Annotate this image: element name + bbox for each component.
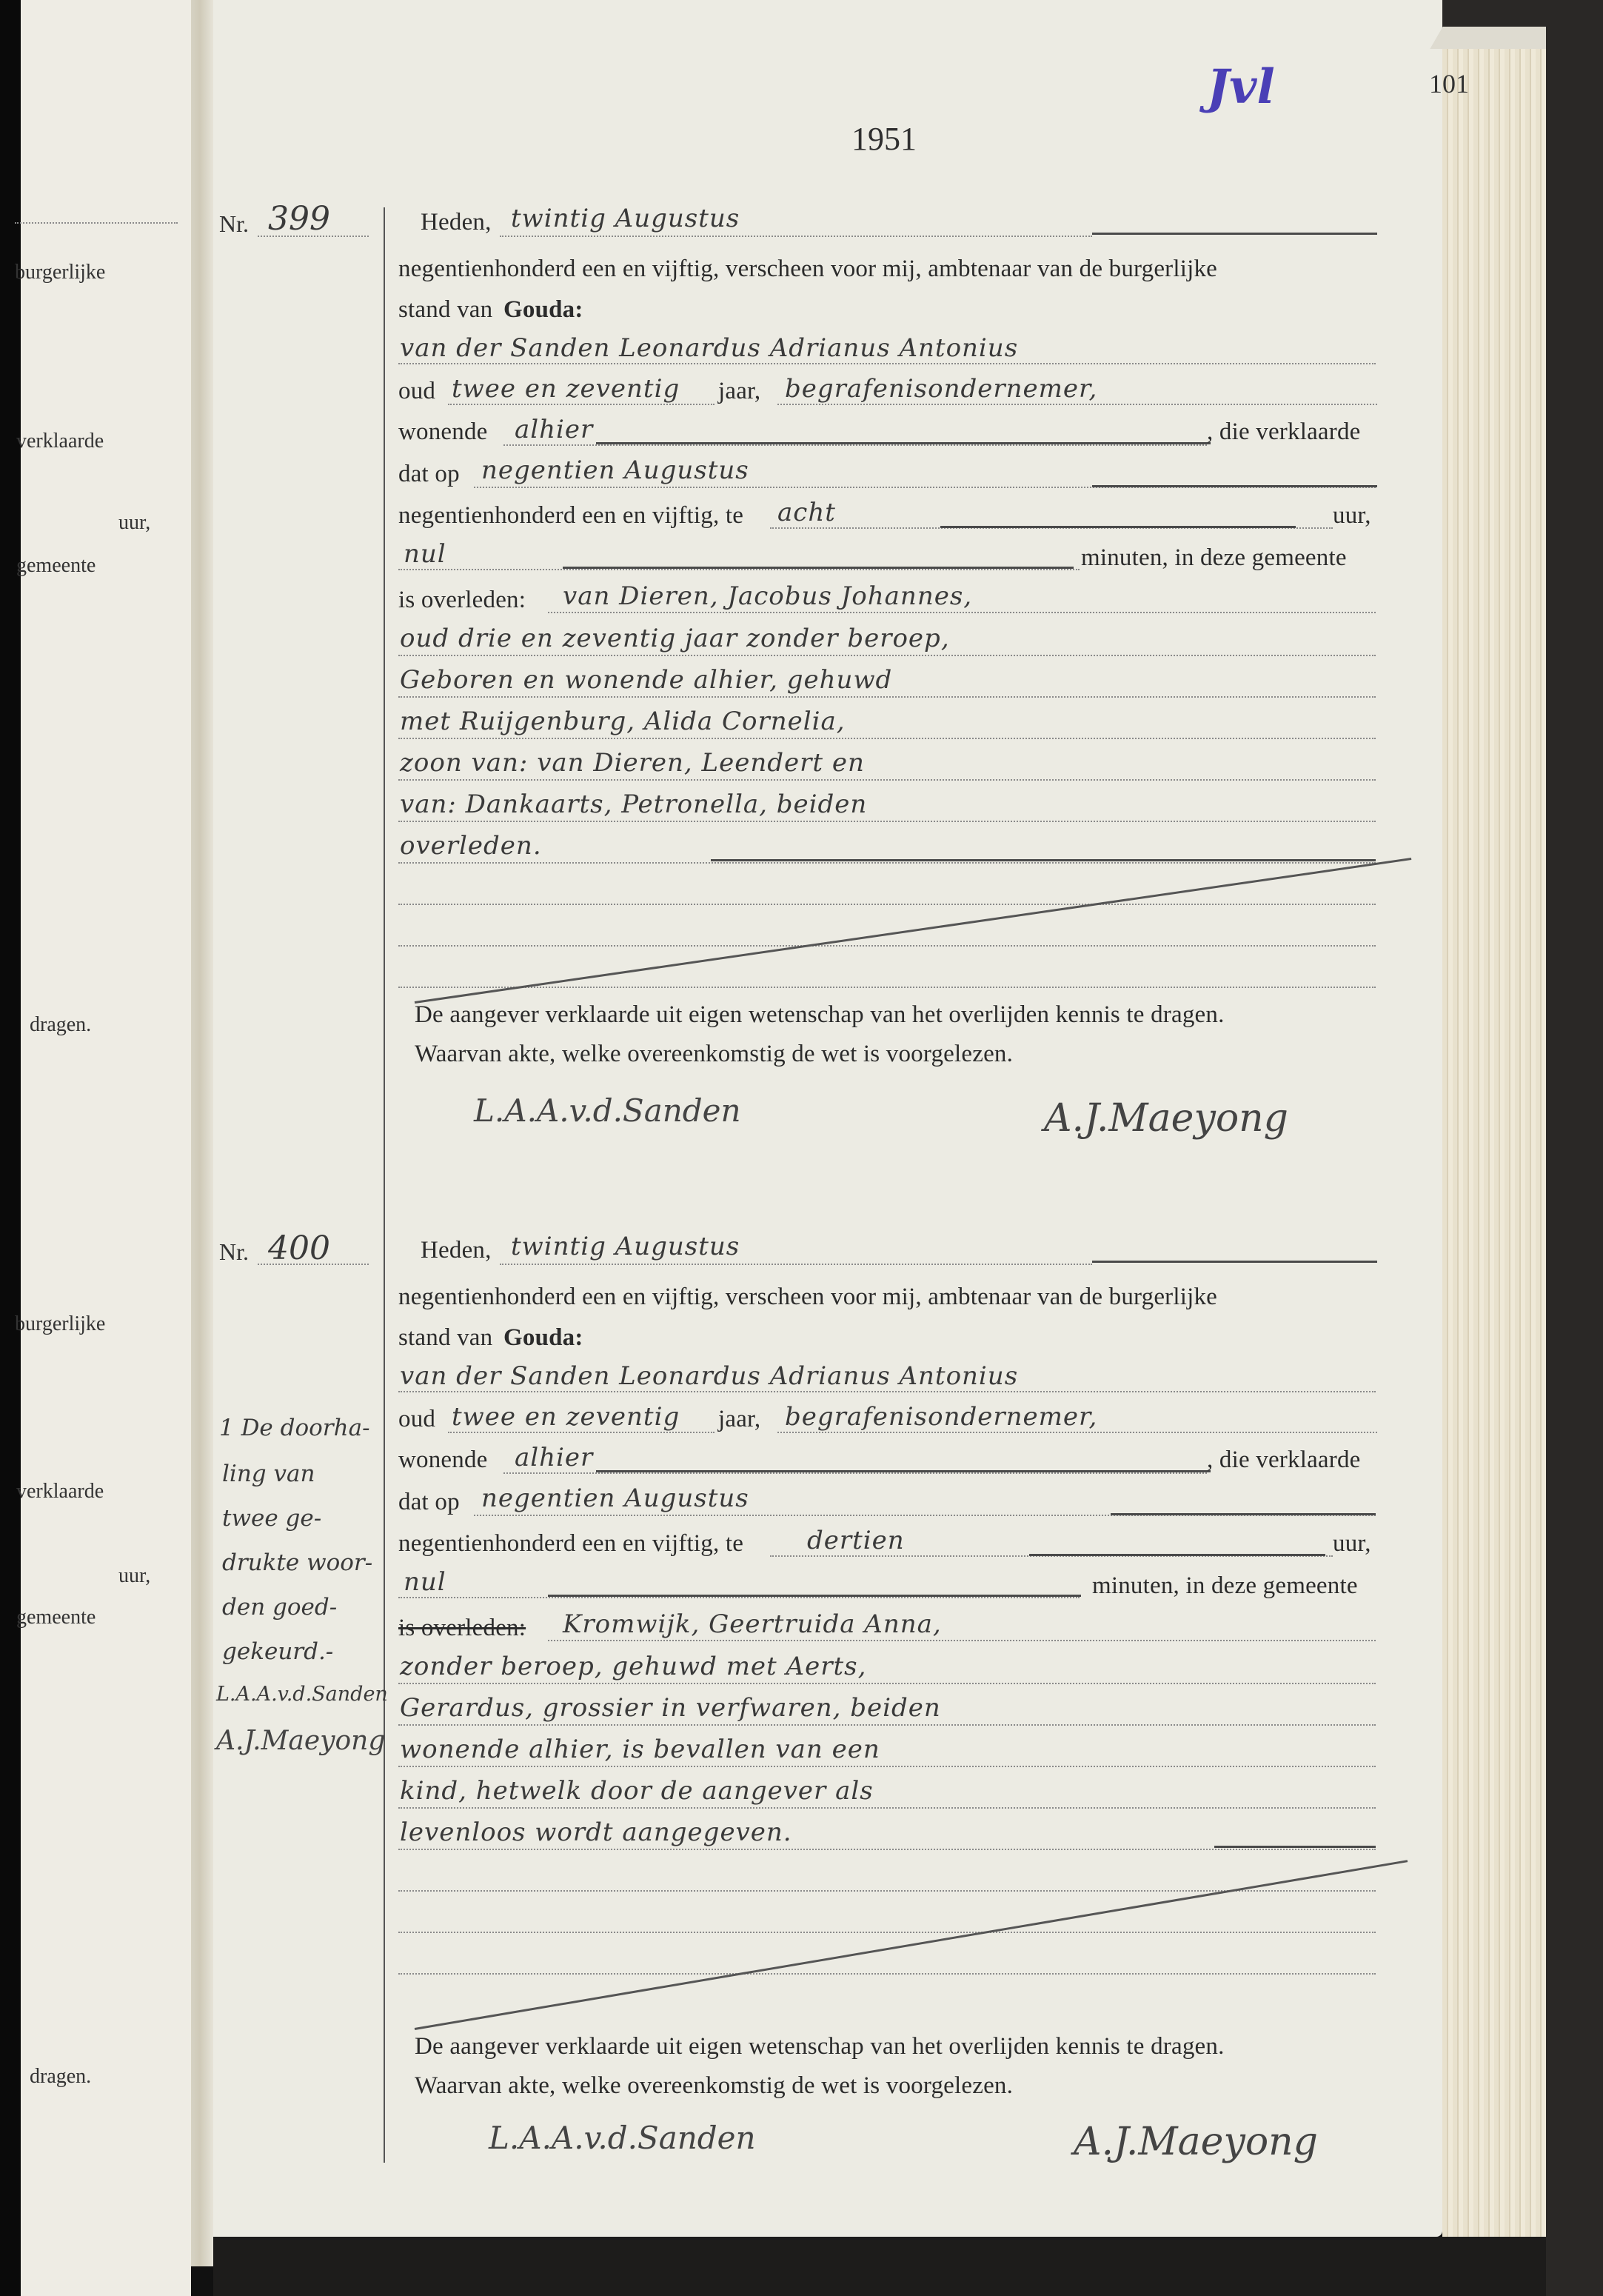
fill-line bbox=[1092, 485, 1377, 487]
margin-declarant-signature: L.A.A.v.d.Sanden bbox=[216, 1683, 388, 1706]
oud-label: oud bbox=[398, 378, 435, 405]
dotted-line bbox=[448, 1432, 715, 1433]
margin-official-signature: A.J.Maeyong bbox=[216, 1726, 385, 1756]
dotted-line bbox=[548, 1640, 1376, 1641]
page-block-edge bbox=[1442, 44, 1546, 2237]
printed-line: negentienhonderd een en vijftig, versche… bbox=[398, 256, 1217, 283]
dotted-line bbox=[398, 1807, 1376, 1809]
left-fragment: uur, bbox=[118, 1564, 150, 1588]
dotted-line bbox=[398, 1849, 1376, 1850]
dotted-line bbox=[503, 444, 1207, 446]
dotted-line bbox=[398, 904, 1376, 905]
fill-line bbox=[596, 442, 1211, 444]
book-cover-bottom bbox=[213, 2237, 1546, 2296]
dat-op-label: dat op bbox=[398, 1489, 460, 1516]
deceased-line: wonende alhier, is bevallen van een bbox=[400, 1735, 880, 1764]
deceased-line: overleden. bbox=[400, 831, 542, 861]
entry-number-label: Nr. bbox=[219, 210, 249, 238]
fill-line bbox=[1092, 1261, 1377, 1263]
death-hour: acht bbox=[777, 498, 836, 527]
dotted-line bbox=[398, 1597, 1080, 1598]
dotted-line bbox=[398, 1724, 1376, 1726]
left-fragment: gemeente bbox=[16, 554, 96, 578]
wonende-label: wonende bbox=[398, 1446, 488, 1474]
previous-page bbox=[0, 0, 191, 2296]
margin-note-line: ling van bbox=[222, 1461, 315, 1487]
fill-line bbox=[563, 567, 1074, 569]
death-minutes: nul bbox=[404, 1567, 446, 1597]
closing-statement: De aangever verklaarde uit eigen wetensc… bbox=[415, 2033, 1225, 2060]
dotted-line bbox=[548, 612, 1376, 613]
date-value: twintig Augustus bbox=[511, 1232, 740, 1261]
margin-note-line: 1 De doorha- bbox=[219, 1415, 370, 1441]
margin-note-line: gekeurd.- bbox=[222, 1638, 333, 1665]
margin-note-line: drukte woor- bbox=[222, 1549, 372, 1576]
death-minutes: nul bbox=[404, 539, 446, 569]
fill-line bbox=[548, 1595, 1081, 1597]
fill-line bbox=[1092, 233, 1377, 235]
minuten-label: minuten, in deze gemeente bbox=[1081, 544, 1347, 572]
fill-line bbox=[711, 859, 1376, 861]
margin-note-line: den goed- bbox=[222, 1594, 337, 1621]
official-signature: A.J.Maeyong bbox=[1074, 2120, 1318, 2164]
date-value: twintig Augustus bbox=[511, 204, 740, 233]
dotted-line bbox=[398, 696, 1376, 698]
page-shadow bbox=[0, 0, 21, 2296]
left-dotted-line bbox=[15, 222, 178, 224]
dotted-line bbox=[398, 779, 1376, 781]
stand-label: stand van bbox=[398, 296, 492, 324]
jaar-label: jaar, bbox=[718, 1406, 760, 1433]
dotted-line bbox=[398, 821, 1376, 822]
heden-label: Heden, bbox=[421, 1237, 492, 1264]
declarant-name: van der Sanden Leonardus Adrianus Antoni… bbox=[400, 333, 1018, 363]
declarant-signature: L.A.A.v.d.Sanden bbox=[489, 2120, 756, 2156]
wonende-label: wonende bbox=[398, 418, 488, 446]
die-verklaarde: , die verklaarde bbox=[1207, 1446, 1361, 1474]
deceased-line: zoon van: van Dieren, Leendert en bbox=[400, 748, 865, 778]
entry-number-label: Nr. bbox=[219, 1238, 249, 1266]
dat-op-label: dat op bbox=[398, 461, 460, 488]
die-verklaarde: , die verklaarde bbox=[1207, 418, 1361, 446]
uur-label: uur, bbox=[1333, 502, 1371, 530]
deceased-line: kind, hetwelk door de aangever als bbox=[400, 1776, 874, 1806]
left-fragment: burgerlijke bbox=[15, 261, 105, 284]
deceased-line: zonder beroep, gehuwd met Aerts, bbox=[400, 1652, 866, 1681]
dotted-line bbox=[398, 987, 1376, 988]
book-gutter bbox=[191, 0, 213, 2266]
left-fragment: dragen. bbox=[30, 1013, 91, 1037]
printed-line: negentienhonderd een en vijftig, versche… bbox=[398, 1284, 1217, 1311]
declarant-residence: alhier bbox=[515, 415, 593, 444]
closing-statement: De aangever verklaarde uit eigen wetensc… bbox=[415, 1001, 1225, 1029]
official-signature: A.J.Maeyong bbox=[1044, 1096, 1288, 1141]
dotted-line bbox=[398, 738, 1376, 739]
closing-statement: Waarvan akte, welke overeenkomstig de we… bbox=[415, 1041, 1013, 1068]
fill-line bbox=[1029, 1554, 1325, 1556]
dotted-line bbox=[398, 569, 1080, 570]
declarant-occupation: begrafenisondernemer, bbox=[785, 1402, 1097, 1432]
register-year: 1951 bbox=[851, 120, 917, 158]
left-fragment: uur, bbox=[118, 511, 150, 535]
death-date: negentien Augustus bbox=[481, 455, 749, 485]
dotted-line bbox=[398, 1683, 1376, 1684]
left-fragment: verklaarde bbox=[16, 1480, 104, 1504]
entry-number-value: 399 bbox=[268, 200, 330, 238]
fill-line bbox=[596, 1470, 1211, 1472]
deceased-line: levenloos wordt aangegeven. bbox=[400, 1818, 792, 1847]
stand-label: stand van bbox=[398, 1324, 492, 1352]
stand-place: Gouda: bbox=[503, 296, 583, 324]
deceased-line: van: Dankaarts, Petronella, beiden bbox=[400, 790, 867, 819]
left-fragment: gemeente bbox=[16, 1606, 96, 1629]
closing-statement: Waarvan akte, welke overeenkomstig de we… bbox=[415, 2072, 1013, 2100]
dotted-line bbox=[398, 655, 1376, 656]
dotted-line bbox=[398, 363, 1376, 364]
fill-line bbox=[1111, 1513, 1376, 1515]
dotted-line bbox=[500, 1264, 1092, 1265]
year-line: negentienhonderd een en vijftig, te bbox=[398, 1530, 743, 1558]
declarant-age: twee en zeventig bbox=[452, 374, 680, 404]
dotted-line bbox=[777, 1432, 1377, 1433]
overleden-label: is overleden: bbox=[398, 587, 526, 614]
page-number: 101 bbox=[1429, 68, 1469, 99]
deceased-line: van Dieren, Jacobus Johannes, bbox=[563, 581, 972, 611]
declarant-age: twee en zeventig bbox=[452, 1402, 680, 1432]
deceased-line: oud drie en zeventig jaar zonder beroep, bbox=[400, 624, 950, 653]
uur-label: uur, bbox=[1333, 1530, 1371, 1558]
left-fragment: burgerlijke bbox=[15, 1312, 105, 1336]
blue-initials: Jvl bbox=[1207, 59, 1275, 115]
fill-line bbox=[1214, 1846, 1376, 1848]
death-date: negentien Augustus bbox=[481, 1484, 749, 1513]
deceased-line: Gerardus, grossier in verfwaren, beiden bbox=[400, 1693, 941, 1723]
deceased-line: Geboren en wonende alhier, gehuwd bbox=[400, 665, 892, 695]
overleden-label-struck: is overleden: bbox=[398, 1615, 526, 1642]
dotted-line bbox=[503, 1472, 1207, 1474]
dotted-line bbox=[448, 404, 715, 405]
dotted-line bbox=[398, 945, 1376, 947]
entry-number-value: 400 bbox=[268, 1229, 330, 1267]
death-hour: dertien bbox=[807, 1526, 905, 1555]
margin-note-line: twee ge- bbox=[222, 1505, 321, 1532]
heden-label: Heden, bbox=[421, 209, 492, 236]
left-fragment: verklaarde bbox=[16, 430, 104, 453]
deceased-line: Kromwijk, Geertruida Anna, bbox=[563, 1609, 942, 1639]
deceased-line: met Ruijgenburg, Alida Cornelia, bbox=[400, 707, 846, 736]
dotted-line bbox=[500, 236, 1092, 237]
book-cover bbox=[1546, 0, 1603, 2296]
fill-line bbox=[940, 526, 1296, 528]
declarant-residence: alhier bbox=[515, 1443, 593, 1472]
declarant-occupation: begrafenisondernemer, bbox=[785, 374, 1097, 404]
declarant-signature: L.A.A.v.d.Sanden bbox=[474, 1092, 741, 1129]
declarant-name: van der Sanden Leonardus Adrianus Antoni… bbox=[400, 1361, 1018, 1391]
left-fragment: dragen. bbox=[30, 2065, 91, 2089]
margin-rule bbox=[384, 207, 385, 2163]
year-line: negentienhonderd een en vijftig, te bbox=[398, 502, 743, 530]
stand-place: Gouda: bbox=[503, 1324, 583, 1352]
dotted-line bbox=[398, 862, 1376, 864]
minuten-label: minuten, in deze gemeente bbox=[1092, 1572, 1358, 1600]
dotted-line bbox=[398, 1973, 1376, 1975]
dotted-line bbox=[398, 1766, 1376, 1767]
dotted-line bbox=[398, 1391, 1376, 1392]
jaar-label: jaar, bbox=[718, 378, 760, 405]
dotted-line bbox=[777, 404, 1377, 405]
dotted-line bbox=[398, 1932, 1376, 1933]
oud-label: oud bbox=[398, 1406, 435, 1433]
